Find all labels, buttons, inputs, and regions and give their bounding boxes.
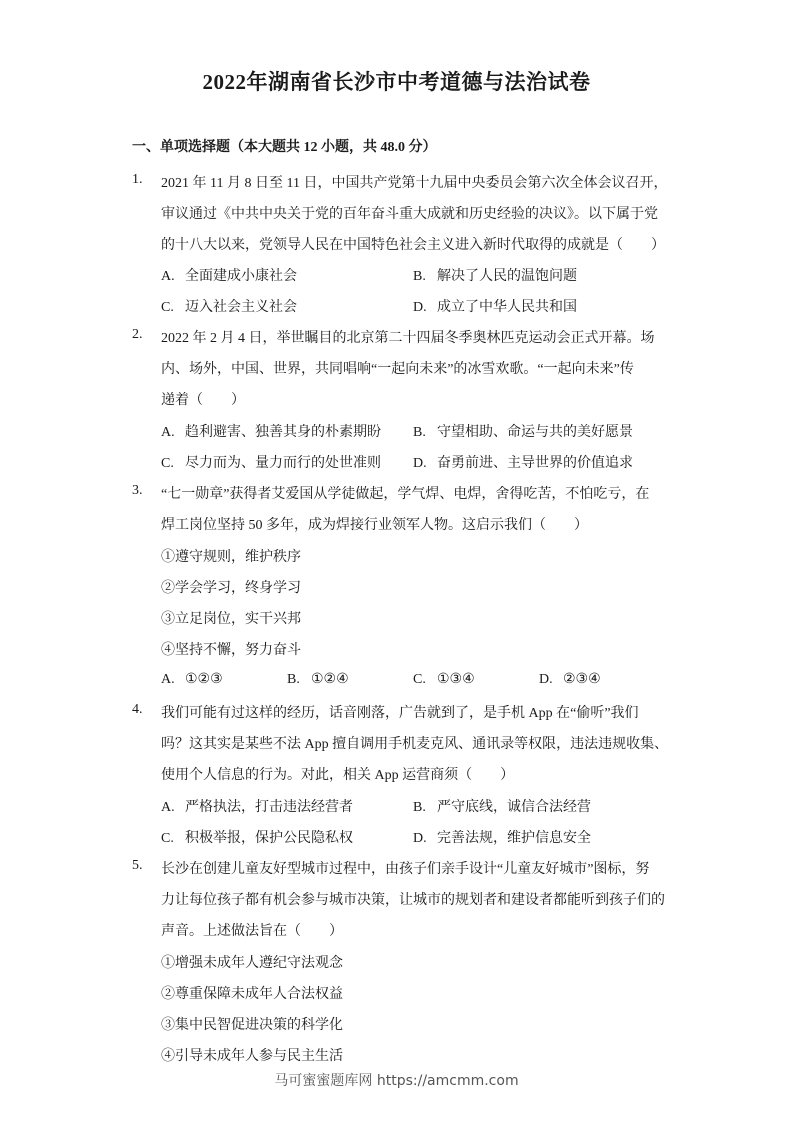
question-text-line: 的十八大以来，党领导人民在中国特色社会主义进入新时代取得的成就是（ ） [161, 234, 665, 254]
statement-3: ③集中民智促进决策的科学化 [161, 1014, 343, 1034]
option-d: D.成立了中华人民共和国 [413, 296, 577, 316]
option-b: B.解决了人民的温饱问题 [413, 265, 577, 285]
statement-2: ②学会学习，终身学习 [161, 577, 301, 597]
question-text-line: 使用个人信息的行为。对此，相关 App 运营商须（ ） [161, 764, 514, 784]
statement-1: ①增强未成年人遵纪守法观念 [161, 952, 343, 972]
question-text-line: 吗？这其实是某些不法 App 擅自调用手机麦克风、通讯录等权限，违法违规收集、 [161, 733, 668, 753]
option-c: C.积极举报，保护公民隐私权 [161, 827, 353, 847]
option-b: B.①②④ [287, 671, 349, 688]
question-number: 5. [132, 858, 143, 874]
question-text-line: 2021 年 11 月 8 日至 11 日，中国共产党第十九届中央委员会第六次全… [161, 172, 667, 192]
section-heading: 一、单项选择题（本大题共 12 小题，共 48.0 分） [132, 136, 437, 156]
question-number: 1. [132, 172, 143, 188]
question-text-line: 声音。上述做法旨在（ ） [161, 920, 343, 940]
option-a: A.严格执法，打击违法经营者 [161, 796, 353, 816]
question-text-line: 焊工岗位坚持 50 多年，成为焊接行业领军人物。这启示我们（ ） [161, 514, 588, 534]
statement-4: ④坚持不懈，努力奋斗 [161, 639, 301, 659]
question-number: 3. [132, 483, 143, 499]
option-a: A.①②③ [161, 671, 223, 688]
page-title: 2022年湖南省长沙市中考道德与法治试卷 [0, 66, 793, 96]
option-d: D.完善法规，维护信息安全 [413, 827, 591, 847]
question-text-line: 递着（ ） [161, 389, 245, 409]
question-number: 2. [132, 327, 143, 343]
question-text-line: 审议通过《中共中央关于党的百年奋斗重大成就和历史经验的决议》。以下属于党 [161, 203, 658, 223]
question-text-line: “七一勋章”获得者艾爱国从学徒做起，学气焊、电焊，舍得吃苦，不怕吃亏，在 [161, 483, 649, 503]
option-d: D.奋勇前进、主导世界的价值追求 [413, 452, 633, 472]
option-b: B.严守底线，诚信合法经营 [413, 796, 591, 816]
option-b: B.守望相助、命运与共的美好愿景 [413, 421, 633, 441]
statement-3: ③立足岗位，实干兴邦 [161, 608, 301, 628]
question-text-line: 2022 年 2 月 4 日，举世瞩目的北京第二十四届冬季奥林匹克运动会正式开幕… [161, 327, 655, 347]
option-c: C.尽力而为、量力而行的处世准则 [161, 452, 381, 472]
question-text-line: 内、场外，中国、世界，共同唱响“一起向未来”的冰雪欢歌。“一起向未来”传 [161, 358, 634, 378]
option-c: C.迈入社会主义社会 [161, 296, 297, 316]
option-a: A.全面建成小康社会 [161, 265, 297, 285]
option-d: D.②③④ [539, 671, 601, 688]
option-a: A.趋利避害、独善其身的朴素期盼 [161, 421, 381, 441]
statement-1: ①遵守规则，维护秩序 [161, 546, 301, 566]
question-number: 4. [132, 702, 143, 718]
question-text-line: 力让每位孩子都有机会参与城市决策，让城市的规划者和建设者都能听到孩子们的 [161, 889, 665, 909]
watermark: 马可蜜蜜题库网 https://amcmm.com [0, 1070, 793, 1090]
option-c: C.①③④ [413, 671, 475, 688]
question-text-line: 长沙在创建儿童友好型城市过程中，由孩子们亲手设计“儿童友好城市”图标，努 [161, 858, 649, 878]
statement-2: ②尊重保障未成年人合法权益 [161, 983, 343, 1003]
question-text-line: 我们可能有过这样的经历，话音刚落，广告就到了，是手机 App 在“偷听”我们 [161, 702, 639, 722]
statement-4: ④引导未成年人参与民主生活 [161, 1045, 343, 1065]
